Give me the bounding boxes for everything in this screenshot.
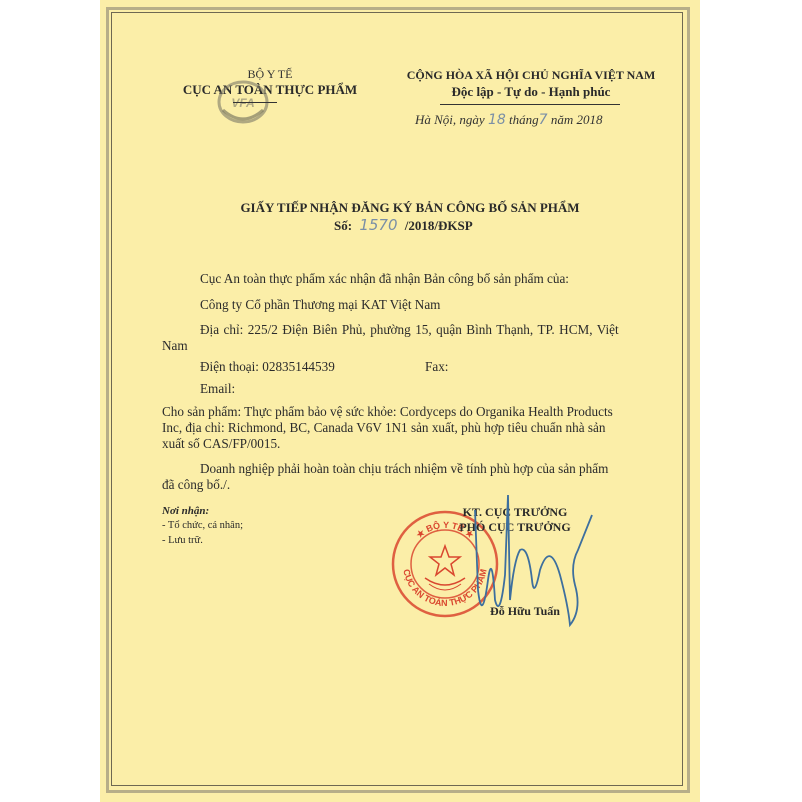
recipients-label: Nơi nhận: [162,505,209,517]
company-name: Công ty Cổ phần Thương mại KAT Việt Nam [200,297,440,313]
company-phone: Điện thoại: 02835144539 [200,359,335,375]
department-emblem-icon: VFA [215,80,271,130]
product-line-1: Cho sản phẩm: Thực phẩm bảo vệ sức khỏe:… [162,404,613,420]
document-title: GIẤY TIẾP NHẬN ĐĂNG KÝ BẢN CÔNG BỐ SẢN P… [180,200,640,216]
company-address-cont: Nam [162,338,188,354]
number-value: 1570 [359,216,397,234]
date-prefix: Hà Nội, ngày [415,112,485,127]
frame-inner [111,12,683,786]
date-day: 18 [488,112,506,128]
document-number: Số: 1570 /2018/ĐKSP [334,216,473,234]
company-address: Địa chỉ: 225/2 Điện Biên Phủ, phường 15,… [200,322,619,338]
product-line-2: Inc, địa chỉ: Richmond, BC, Canada V6V 1… [162,420,605,436]
svg-text:VFA: VFA [231,96,254,110]
sheet [100,0,700,802]
department-underline [233,102,277,103]
date-month: 7 [539,112,548,128]
recipient-item: - Lưu trữ. [162,535,203,546]
signer-name: Đỗ Hữu Tuấn [470,604,580,619]
intro-text: Cục An toàn thực phẩm xác nhận đã nhận B… [200,271,569,287]
national-motto: Độc lập - Tự do - Hạnh phúc [386,84,676,100]
responsibility-line-1: Doanh nghiệp phải hoàn toàn chịu trách n… [200,461,608,477]
country-name: CỘNG HÒA XÃ HỘI CHỦ NGHĨA VIỆT NAM [386,68,676,83]
number-suffix: /2018/ĐKSP [405,218,473,233]
company-fax: Fax: [425,359,448,375]
motto-underline [440,104,620,105]
date-month-label: tháng [509,112,539,127]
responsibility-line-2: đã công bố./. [162,477,230,493]
recipient-item: - Tổ chức, cá nhân; [162,520,243,531]
company-email: Email: [200,381,235,397]
issue-date: Hà Nội, ngày 18 tháng7 năm 2018 [415,112,602,128]
number-label: Số: [334,218,352,233]
product-line-3: xuất số CAS/FP/0015. [162,436,280,452]
date-year: năm 2018 [551,112,603,127]
